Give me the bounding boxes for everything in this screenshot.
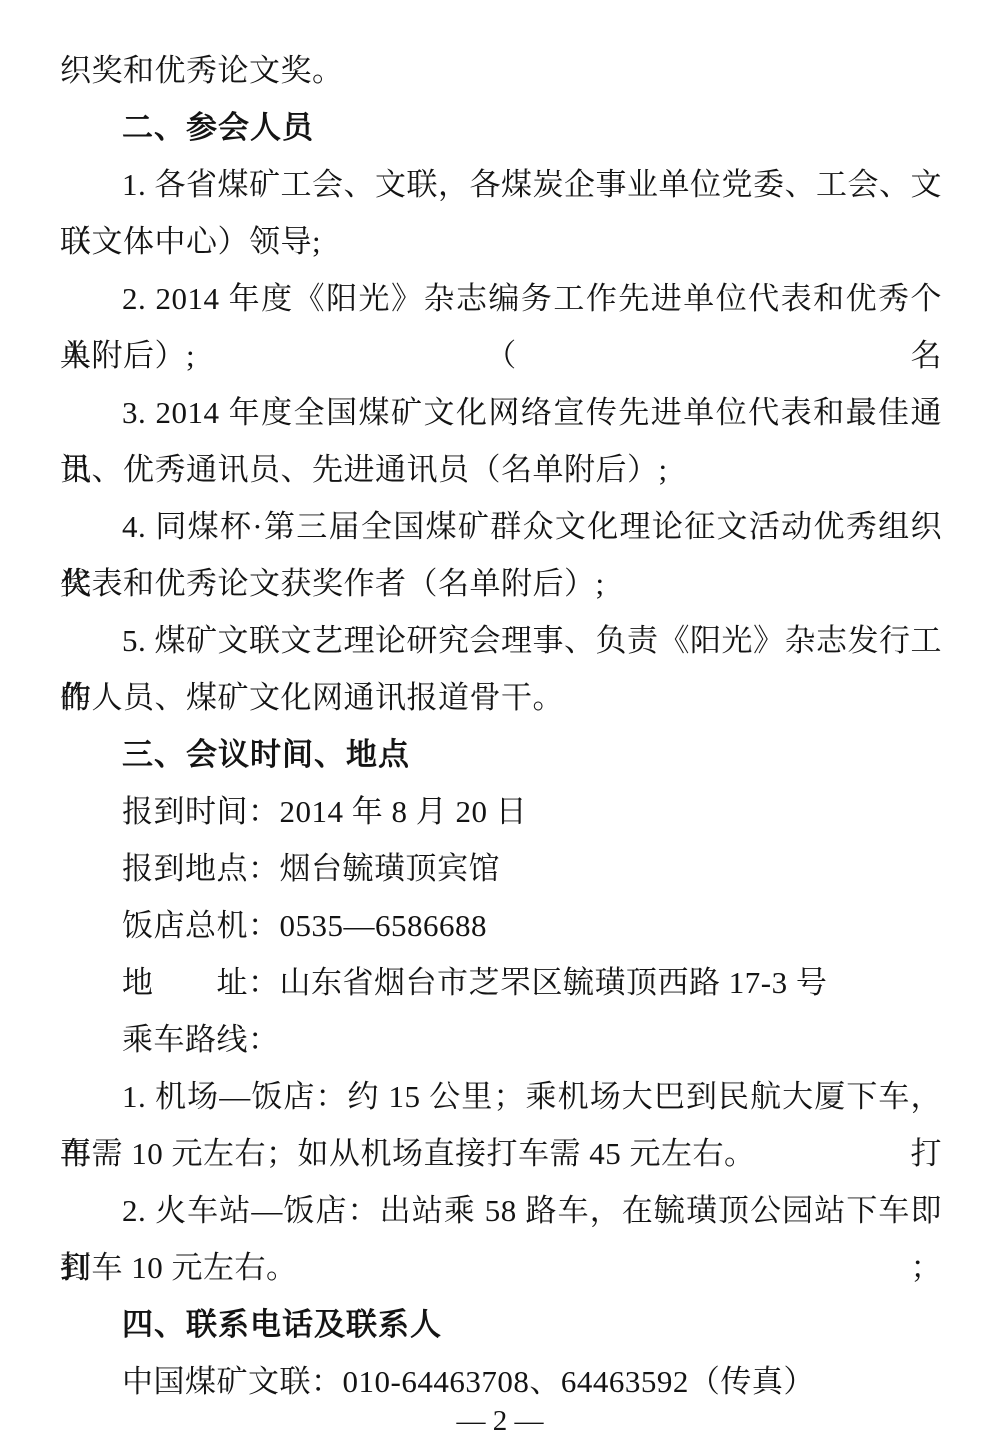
text-line: 4. 同煤杯·第三届全国煤矿群众文化理论征文活动优秀组织奖 [60, 498, 942, 555]
text-line: 员、优秀通讯员、先进通讯员（名单附后）; [60, 441, 942, 498]
text-line: （文体中心）领导; [60, 213, 942, 270]
section-heading: 二、参会人员 [60, 99, 942, 156]
text-line: 3. 2014 年度全国煤矿文化网络宣传先进单位代表和最佳通讯 [60, 384, 942, 441]
text-line: 乘车路线： [60, 1011, 942, 1068]
text-line: 的人员、煤矿文化网通讯报道骨干。 [60, 669, 942, 726]
text-line: 中国煤矿文联：010-64463708、64463592（传真） [60, 1353, 942, 1410]
document-page: 织奖和优秀论文奖。二、参会人员1. 各省煤矿工会、文联，各煤炭企事业单位党委、工… [0, 0, 1000, 1448]
text-line: 5. 煤矿文联文艺理论研究会理事、负责《阳光》杂志发行工作 [60, 612, 942, 669]
section-heading: 三、会议时间、地点 [60, 726, 942, 783]
text-line: 织奖和优秀论文奖。 [60, 42, 942, 99]
document-body: 织奖和优秀论文奖。二、参会人员1. 各省煤矿工会、文联，各煤炭企事业单位党委、工… [60, 42, 942, 1410]
text-line: 2. 火车站—饭店：出站乘 58 路车，在毓璜顶公园站下车即到； [60, 1182, 942, 1239]
page-number: — 2 — [0, 1405, 1000, 1438]
text-line: 1. 各省煤矿工会、文联，各煤炭企事业单位党委、工会、文联 [60, 156, 942, 213]
text-line: 报到地点：烟台毓璜顶宾馆 [60, 840, 942, 897]
text-line: 饭店总机：0535—6586688 [60, 897, 942, 954]
text-line: 报到时间：2014 年 8 月 20 日 [60, 783, 942, 840]
text-line: 2. 2014 年度《阳光》杂志编务工作先进单位代表和优秀个人（名 [60, 270, 942, 327]
section-heading: 四、联系电话及联系人 [60, 1296, 942, 1353]
text-line: 地 址：山东省烟台市芝罘区毓璜顶西路 17-3 号 [60, 954, 942, 1011]
text-line: 1. 机场—饭店：约 15 公里；乘机场大巴到民航大厦下车，再打 [60, 1068, 942, 1125]
text-line: 代表和优秀论文获奖作者（名单附后）; [60, 555, 942, 612]
